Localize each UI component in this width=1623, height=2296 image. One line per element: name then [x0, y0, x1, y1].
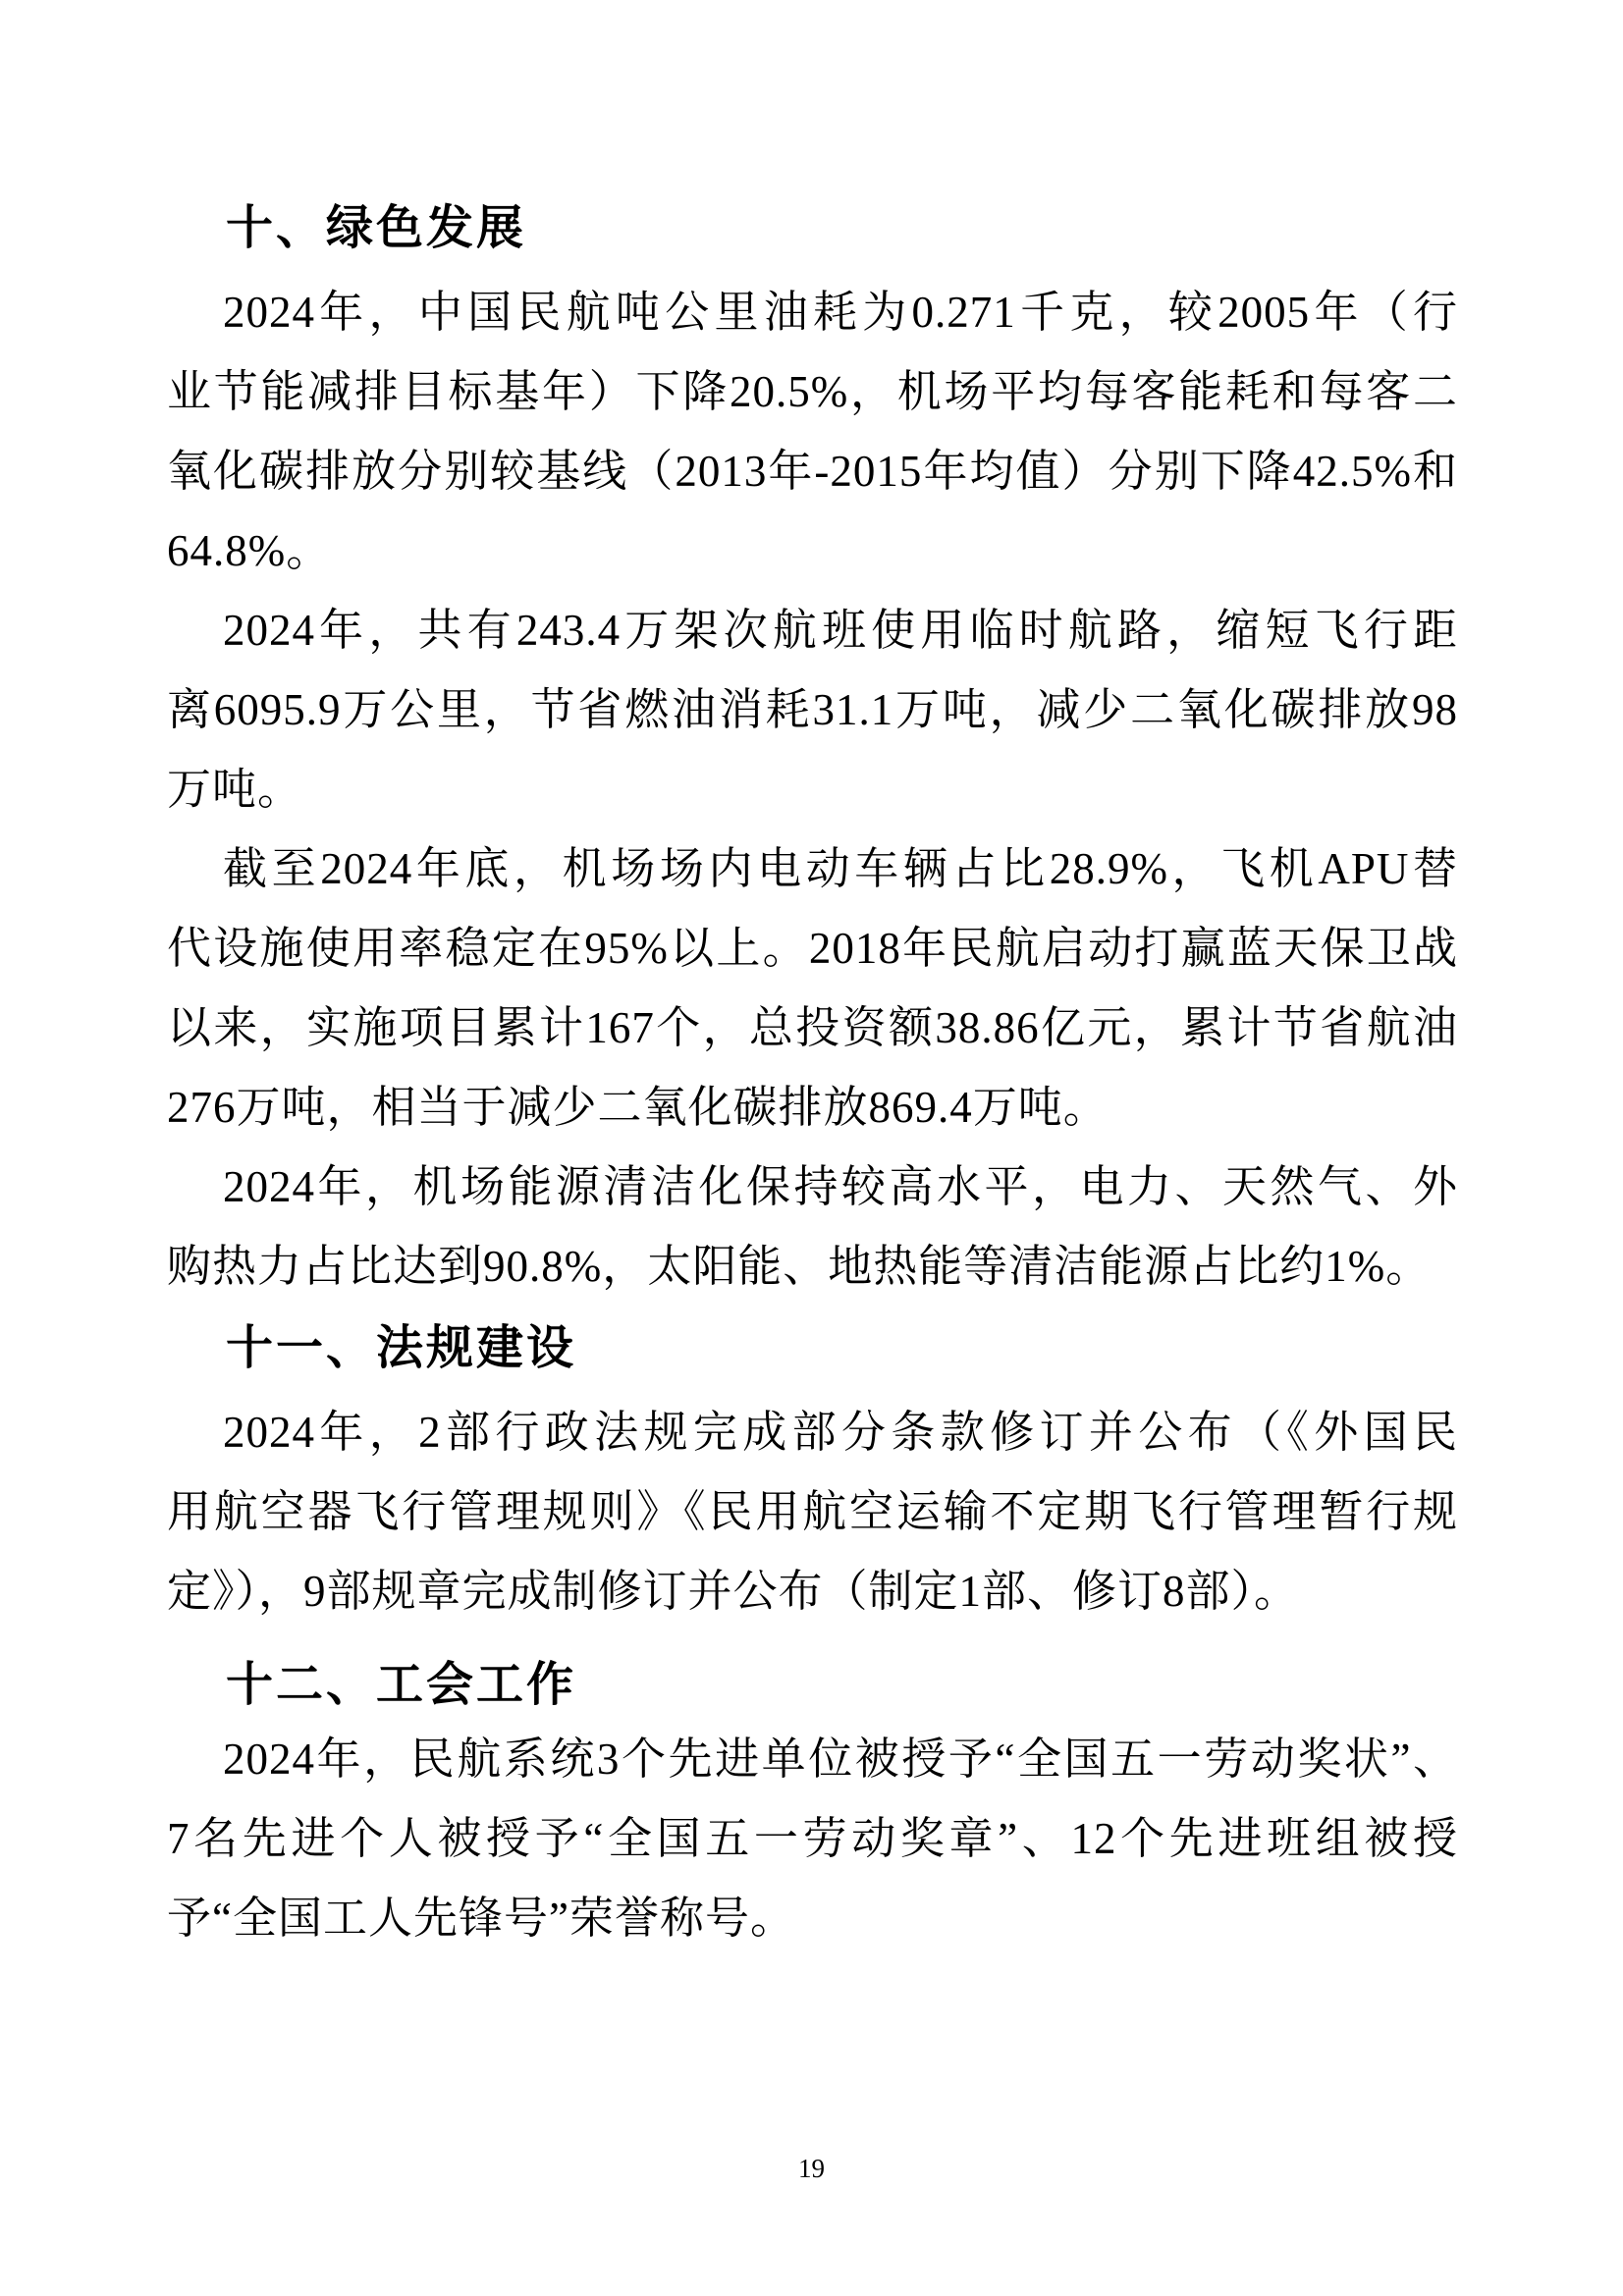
section-paragraphs: 2024年，中国民航吨公里油耗为0.271千克，较2005年（行业节能减排目标基…	[167, 273, 1458, 1307]
section-paragraphs: 2024年，2部行政法规完成部分条款修订并公布（《外国民用航空器飞行管理规则》《…	[167, 1393, 1458, 1631]
text-line: 万吨。	[167, 750, 1458, 829]
paragraph: 2024年，民航系统3个先进单位被授予“全国五一劳动奖状”、7名先进个人被授予“…	[167, 1720, 1458, 1958]
text-line: 业节能减排目标基年）下降20.5%，机场平均每客能耗和每客二	[167, 352, 1458, 432]
text-line: 2024年，2部行政法规完成部分条款修订并公布（《外国民	[167, 1393, 1458, 1472]
text-line: 2024年，共有243.4万架次航班使用临时航路，缩短飞行距	[167, 591, 1458, 670]
paragraph: 2024年，共有243.4万架次航班使用临时航路，缩短飞行距离6095.9万公里…	[167, 591, 1458, 829]
page-number: 19	[0, 2153, 1623, 2184]
text-line: 离6095.9万公里，节省燃油消耗31.1万吨，减少二氧化碳排放98	[167, 670, 1458, 750]
paragraph: 2024年，机场能源清洁化保持较高水平，电力、天然气、外购热力占比达到90.8%…	[167, 1148, 1458, 1307]
section-heading: 十、绿色发展	[167, 194, 1458, 263]
text-line: 2024年，中国民航吨公里油耗为0.271千克，较2005年（行	[167, 273, 1458, 352]
text-line: 7名先进个人被授予“全国五一劳动奖章”、12个先进班组被授	[167, 1799, 1458, 1879]
text-line: 2024年，民航系统3个先进单位被授予“全国五一劳动奖状”、	[167, 1720, 1458, 1799]
section-heading: 十二、工会工作	[167, 1651, 1458, 1720]
text-line: 276万吨，相当于减少二氧化碳排放869.4万吨。	[167, 1068, 1458, 1148]
paragraph: 2024年，2部行政法规完成部分条款修订并公布（《外国民用航空器飞行管理规则》《…	[167, 1393, 1458, 1631]
text-line: 2024年，机场能源清洁化保持较高水平，电力、天然气、外	[167, 1148, 1458, 1227]
section-paragraphs: 2024年，民航系统3个先进单位被授予“全国五一劳动奖状”、7名先进个人被授予“…	[167, 1720, 1458, 1958]
paragraph: 2024年，中国民航吨公里油耗为0.271千克，较2005年（行业节能减排目标基…	[167, 273, 1458, 591]
paragraph: 截至2024年底，机场场内电动车辆占比28.9%，飞机APU替代设施使用率稳定在…	[167, 829, 1458, 1148]
text-line: 以来，实施项目累计167个，总投资额38.86亿元，累计节省航油	[167, 988, 1458, 1068]
text-line: 予“全国工人先锋号”荣誉称号。	[167, 1879, 1458, 1958]
text-line: 定》），9部规章完成制修订并公布（制定1部、修订8部）。	[167, 1552, 1458, 1631]
document-body: 十、绿色发展2024年，中国民航吨公里油耗为0.271千克，较2005年（行业节…	[167, 194, 1458, 1958]
section: 十二、工会工作2024年，民航系统3个先进单位被授予“全国五一劳动奖状”、7名先…	[167, 1651, 1458, 1958]
section-heading: 十一、法规建设	[167, 1314, 1458, 1383]
text-line: 截至2024年底，机场场内电动车辆占比28.9%，飞机APU替	[167, 829, 1458, 909]
section: 十一、法规建设2024年，2部行政法规完成部分条款修订并公布（《外国民用航空器飞…	[167, 1314, 1458, 1631]
section: 十、绿色发展2024年，中国民航吨公里油耗为0.271千克，较2005年（行业节…	[167, 194, 1458, 1307]
text-line: 代设施使用率稳定在95%以上。2018年民航启动打赢蓝天保卫战	[167, 909, 1458, 988]
document-page: 十、绿色发展2024年，中国民航吨公里油耗为0.271千克，较2005年（行业节…	[0, 0, 1623, 2296]
text-line: 64.8%。	[167, 511, 1458, 591]
text-line: 氧化碳排放分别较基线（2013年-2015年均值）分别下降42.5%和	[167, 432, 1458, 511]
text-line: 购热力占比达到90.8%，太阳能、地热能等清洁能源占比约1%。	[167, 1227, 1458, 1307]
text-line: 用航空器飞行管理规则》《民用航空运输不定期飞行管理暂行规	[167, 1472, 1458, 1552]
